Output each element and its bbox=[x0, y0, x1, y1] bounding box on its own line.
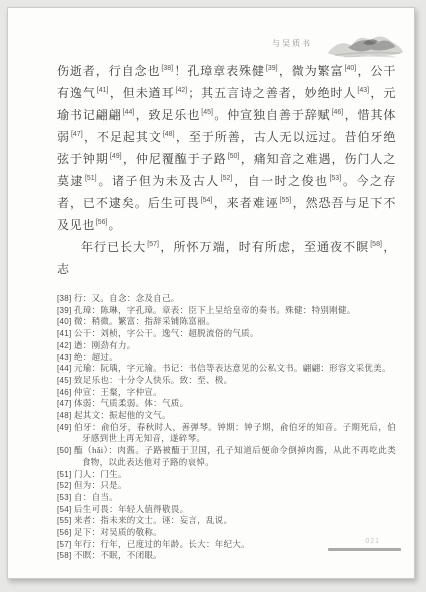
footnote-number: [52] bbox=[57, 481, 72, 490]
footnote-ref: [54] bbox=[201, 197, 213, 204]
footnote-number: [48] bbox=[57, 411, 72, 420]
footnote-number: [53] bbox=[57, 493, 72, 502]
footnote-ref: [39] bbox=[266, 65, 278, 72]
footnote-item: [51] 门人：门生。 bbox=[57, 469, 396, 481]
footnote-item: [42] 遒：刚劲有力。 bbox=[57, 340, 396, 352]
footnote-ref: [41] bbox=[97, 87, 109, 94]
footnote-ref: [43] bbox=[357, 87, 369, 94]
footnote-number: [55] bbox=[57, 516, 72, 525]
book-page: 与吴质书 伤逝者，行自念也[38]！孔璋章表殊健[39]，微为繁富[40]，公干… bbox=[7, 7, 415, 579]
footnote-item: [44] 元瑜：阮瑀，字元瑜。书记：书信等表达意见的公私文书。翩翩：形容文采优美… bbox=[57, 363, 396, 375]
footnote-ref: [52] bbox=[221, 175, 233, 182]
footnote-ref: [45] bbox=[201, 109, 213, 116]
footnotes-block: [38] 行：又。自念：念及自己。[39] 孔璋：陈琳，字孔璋。章表：臣下上呈给… bbox=[57, 293, 396, 562]
footnote-ref: [55] bbox=[280, 197, 292, 204]
body-paragraph: 伤逝者，行自念也[38]！孔璋章表殊健[39]，微为繁富[40]，公干有逸气[4… bbox=[57, 60, 396, 236]
footnote-item: [53] 自：自当。 bbox=[57, 492, 396, 504]
footnote-number: [42] bbox=[57, 341, 72, 350]
footnote-ref: [40] bbox=[345, 65, 357, 72]
footnote-ref: [44] bbox=[123, 109, 135, 116]
running-header-row: 与吴质书 bbox=[272, 24, 406, 62]
footnote-number: [41] bbox=[57, 329, 72, 338]
footnote-ref: [58] bbox=[370, 241, 382, 248]
footnote-item: [39] 孔璋：陈琳，字孔璋。章表：臣下上呈给皇帝的奏书。殊健：特别刚健。 bbox=[57, 305, 396, 317]
footnote-ref: [51] bbox=[85, 175, 97, 182]
ink-landscape-icon bbox=[322, 24, 406, 62]
body-paragraph: 年行已长大[57]，所怀万端，时有所虑，至通夜不瞑[58]，志 bbox=[57, 236, 396, 280]
footnote-number: [43] bbox=[57, 353, 72, 362]
footnote-ref: [57] bbox=[147, 241, 159, 248]
footnote-number: [46] bbox=[57, 388, 72, 397]
body-text-block: 伤逝者，行自念也[38]！孔璋章表殊健[39]，微为繁富[40]，公干有逸气[4… bbox=[57, 60, 396, 280]
footnote-item: [58] 不瞑：不眠，不闭眼。 bbox=[57, 550, 396, 562]
footer-rule bbox=[328, 548, 401, 551]
footnote-ref: [38] bbox=[161, 65, 173, 72]
footnote-number: [39] bbox=[57, 306, 72, 315]
footnote-item: [40] 微：稍微。繁富：指辞采铺陈富丽。 bbox=[57, 316, 396, 328]
footnote-number: [57] bbox=[57, 540, 72, 549]
footnote-number: [51] bbox=[57, 470, 72, 479]
footnote-ref: [56] bbox=[96, 219, 108, 226]
footnote-item: [43] 绝：超过。 bbox=[57, 352, 396, 364]
footnote-item: [38] 行：又。自念：念及自己。 bbox=[57, 293, 396, 305]
footnote-ref: [48] bbox=[163, 131, 175, 138]
footnote-number: [56] bbox=[57, 528, 72, 537]
footnote-item: [45] 致足乐也：十分令人快乐。致：至、极。 bbox=[57, 375, 396, 387]
footnote-item: [54] 后生可畏：年轻人值得敬畏。 bbox=[57, 504, 396, 516]
footnote-item: [47] 体弱：气质柔弱。体：气质。 bbox=[57, 398, 396, 410]
footnote-item: [48] 起其文：振起他的文气。 bbox=[57, 410, 396, 422]
footnote-ref: [46] bbox=[332, 109, 344, 116]
footnote-number: [45] bbox=[57, 376, 72, 385]
footnote-number: [44] bbox=[57, 364, 72, 373]
footnote-number: [58] bbox=[57, 551, 72, 560]
footnote-number: [38] bbox=[57, 294, 72, 303]
footnote-ref: [42] bbox=[176, 87, 188, 94]
footnote-number: [50] bbox=[57, 446, 72, 455]
footnote-number: [49] bbox=[57, 423, 72, 432]
footnote-ref: [53] bbox=[329, 175, 341, 182]
footnote-number: [47] bbox=[57, 399, 72, 408]
footnote-number: [40] bbox=[57, 317, 72, 326]
footnote-ref: [47] bbox=[71, 131, 83, 138]
footnote-item: [52] 但为：只是。 bbox=[57, 480, 396, 492]
running-header-title: 与吴质书 bbox=[272, 38, 312, 49]
footnote-number: [54] bbox=[57, 505, 72, 514]
footnote-ref: [49] bbox=[110, 153, 122, 160]
footnote-item: [46] 仲宣：王粲，字仲宣。 bbox=[57, 387, 396, 399]
page-content: 伤逝者，行自念也[38]！孔璋章表殊健[39]，微为繁富[40]，公干有逸气[4… bbox=[57, 60, 396, 562]
page-number: 021 bbox=[365, 538, 380, 545]
footnote-item: [55] 来者：指未来的文士。诬：妄言，乱说。 bbox=[57, 515, 396, 527]
footnote-item: [50] 醢（hǎi）：肉酱。子路被醢于卫国，孔子知道后便命令倒掉肉酱，从此不再… bbox=[57, 445, 396, 468]
footnote-item: [41] 公干：刘桢，字公干。逸气：超脱流俗的气质。 bbox=[57, 328, 396, 340]
footnote-item: [49] 伯牙：俞伯牙，春秋时人，善弹琴。钟期：钟子期，俞伯牙的知音。子期死后，… bbox=[57, 422, 396, 445]
footnote-item: [56] 足下：对吴质的敬称。 bbox=[57, 527, 396, 539]
footnote-ref: [50] bbox=[228, 153, 240, 160]
scanned-book-page-background: { "document": { "running_header": "与吴质书"… bbox=[0, 0, 426, 592]
